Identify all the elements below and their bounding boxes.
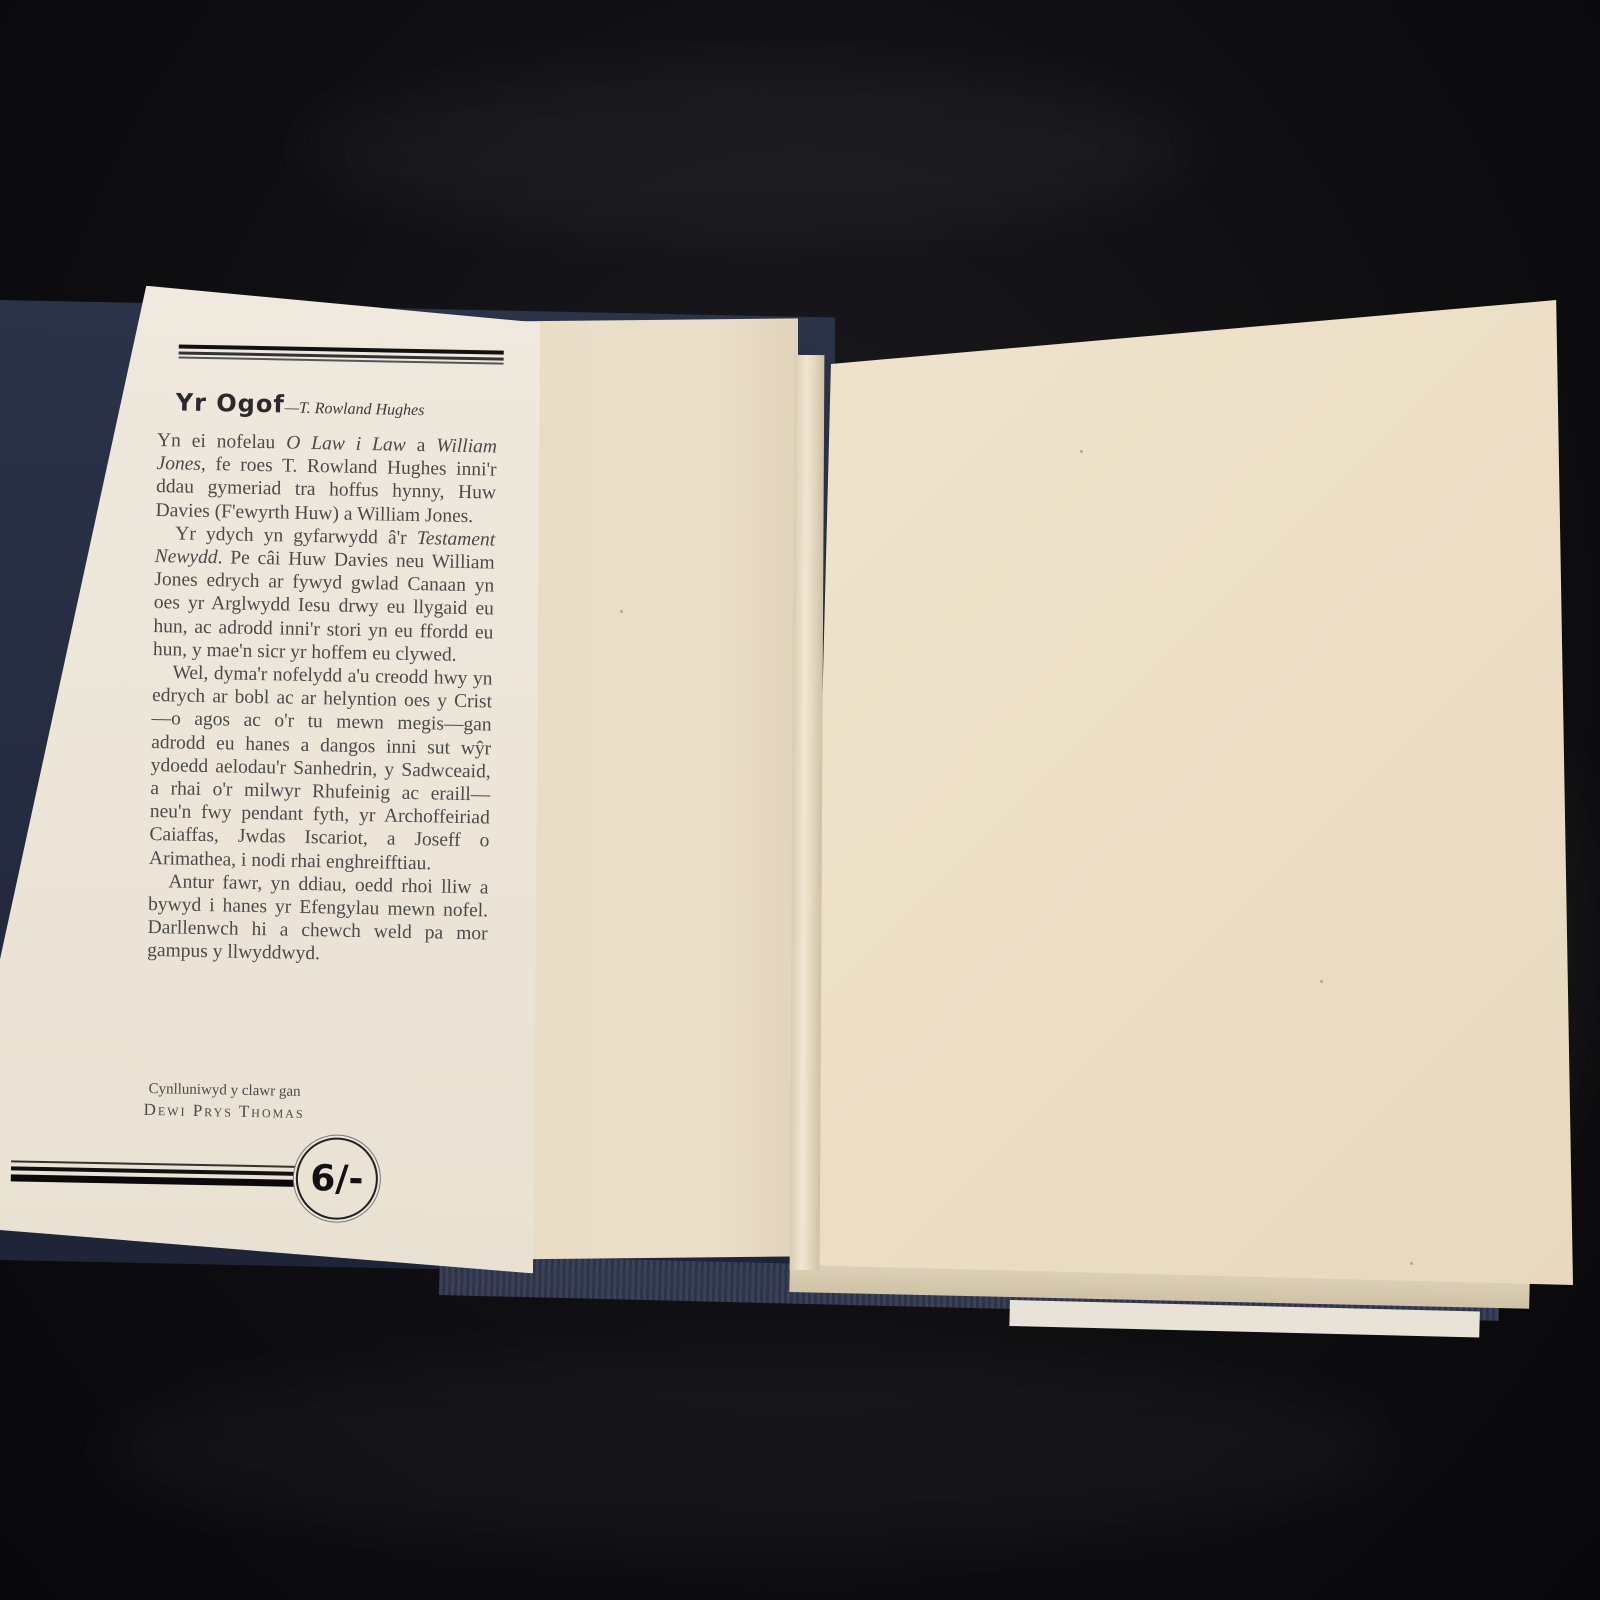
book-gutter bbox=[790, 355, 825, 1270]
blurb-paragraph: Yr ydych yn gyfarwydd â'r Testament Newy… bbox=[153, 522, 496, 668]
blurb-text: Yn ei nofelau O Law i Law a William Jone… bbox=[147, 429, 497, 969]
right-page bbox=[808, 300, 1573, 1285]
cloth-fold-highlight bbox=[300, 60, 1200, 240]
decorative-rule-top bbox=[179, 344, 504, 366]
blurb-paragraph: Antur fawr, yn ddiau, oedd rhoi lliw a b… bbox=[147, 870, 489, 969]
decorative-rule-bottom bbox=[11, 1160, 296, 1187]
paper-speck bbox=[620, 610, 623, 613]
paper-speck bbox=[1080, 450, 1083, 453]
paper-speck bbox=[1410, 1262, 1413, 1265]
book-author: —T. Rowland Hughes bbox=[285, 399, 425, 419]
price-badge: 6/- bbox=[295, 1137, 379, 1221]
title-line: Yr Ogof—T. Rowland Hughes bbox=[175, 388, 505, 422]
credit-name: Dewi Prys Thomas bbox=[109, 1099, 339, 1123]
paper-speck bbox=[1320, 980, 1323, 983]
cover-credit: Cynlluniwyd y clawr gan Dewi Prys Thomas bbox=[109, 1080, 340, 1123]
cloth-fold-highlight bbox=[100, 1350, 1400, 1550]
blurb-paragraph: Wel, dyma'r nofelydd a'u creodd hwy yn e… bbox=[149, 661, 493, 876]
blurb-paragraph: Yn ei nofelau O Law i Law a William Jone… bbox=[155, 429, 497, 528]
credit-label: Cynlluniwyd y clawr gan bbox=[109, 1080, 339, 1101]
book-title: Yr Ogof bbox=[175, 388, 285, 418]
